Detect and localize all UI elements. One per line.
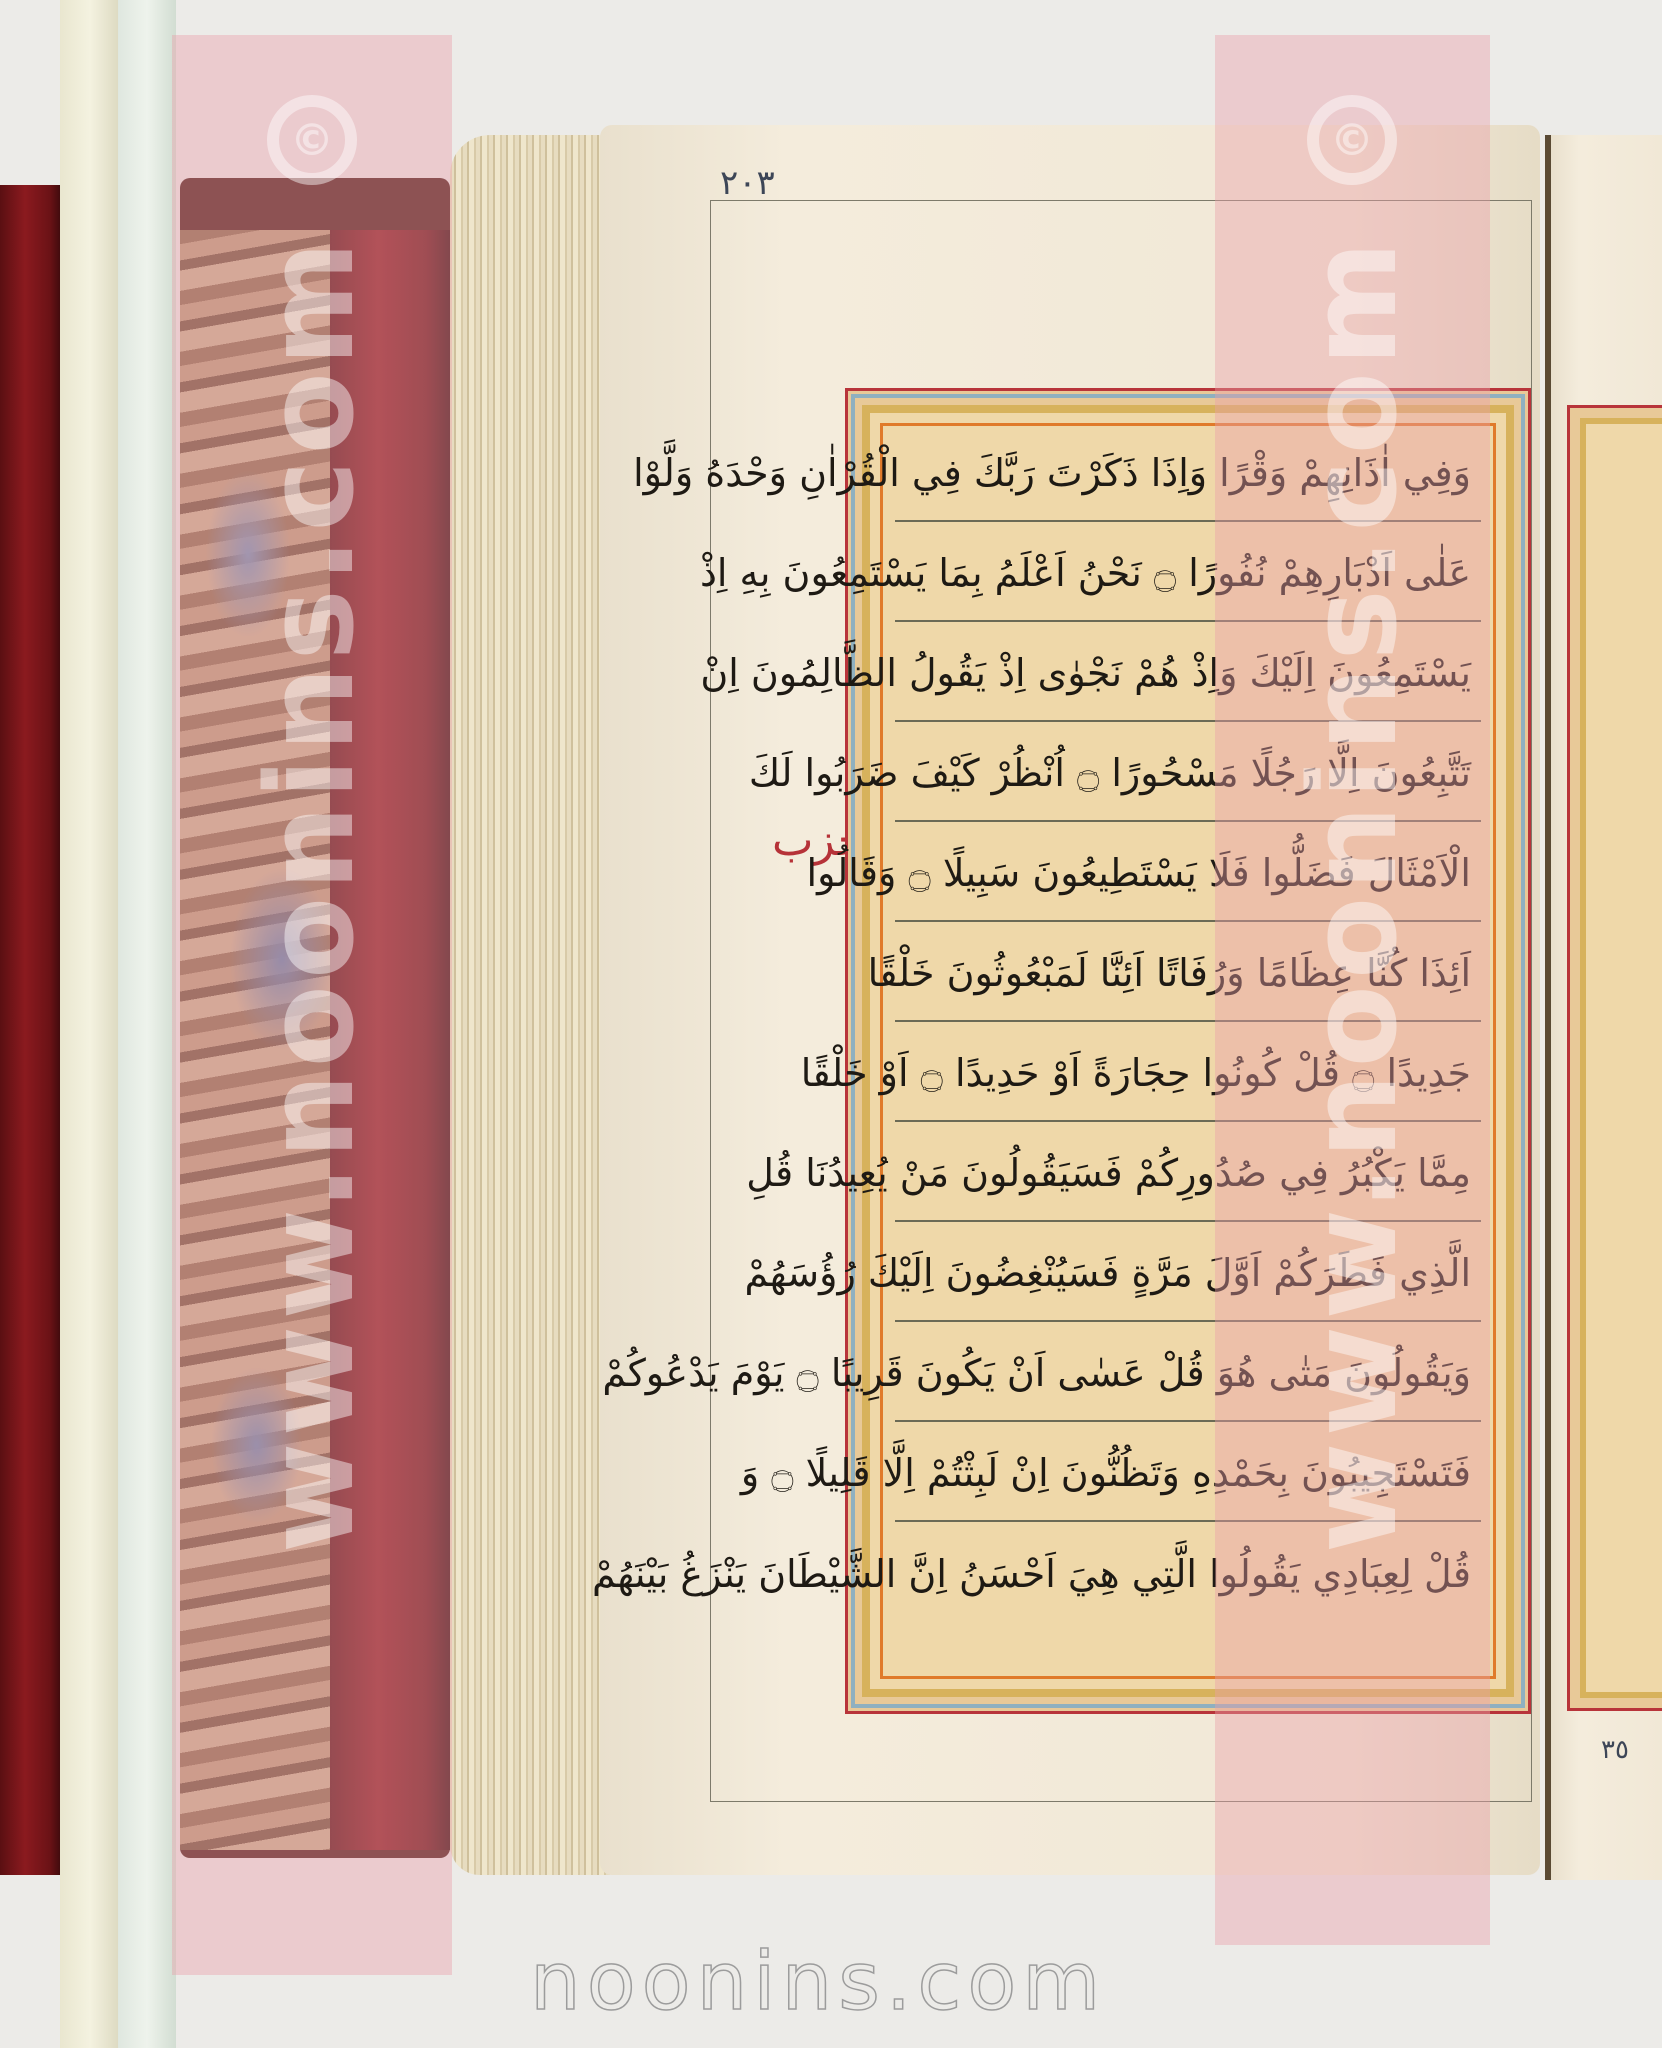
watermark-bottom: noonins.com <box>530 1935 1106 2028</box>
watermark-text-right: www.noonins.com <box>1285 235 1424 1553</box>
right-text-panel <box>1567 405 1662 1711</box>
right-page-footer-number: ٣٥ <box>1601 1735 1629 1765</box>
folio-number: ٢٠٣ <box>720 163 775 203</box>
page-fore-edge <box>450 135 610 1875</box>
left-book-spine <box>0 185 62 1875</box>
cream-support-strip <box>60 0 120 2048</box>
mint-support-strip <box>118 0 176 2048</box>
watermark-band-right: © www.noonins.com <box>1215 35 1490 1945</box>
watermark-band-left: © www.noonins.com <box>172 35 452 1975</box>
manuscript-page-right: ٣٥ <box>1545 135 1662 1880</box>
watermark-text-left: www.noonins.com <box>242 235 381 1553</box>
copyright-icon: © <box>1307 95 1397 185</box>
copyright-icon: © <box>267 95 357 185</box>
